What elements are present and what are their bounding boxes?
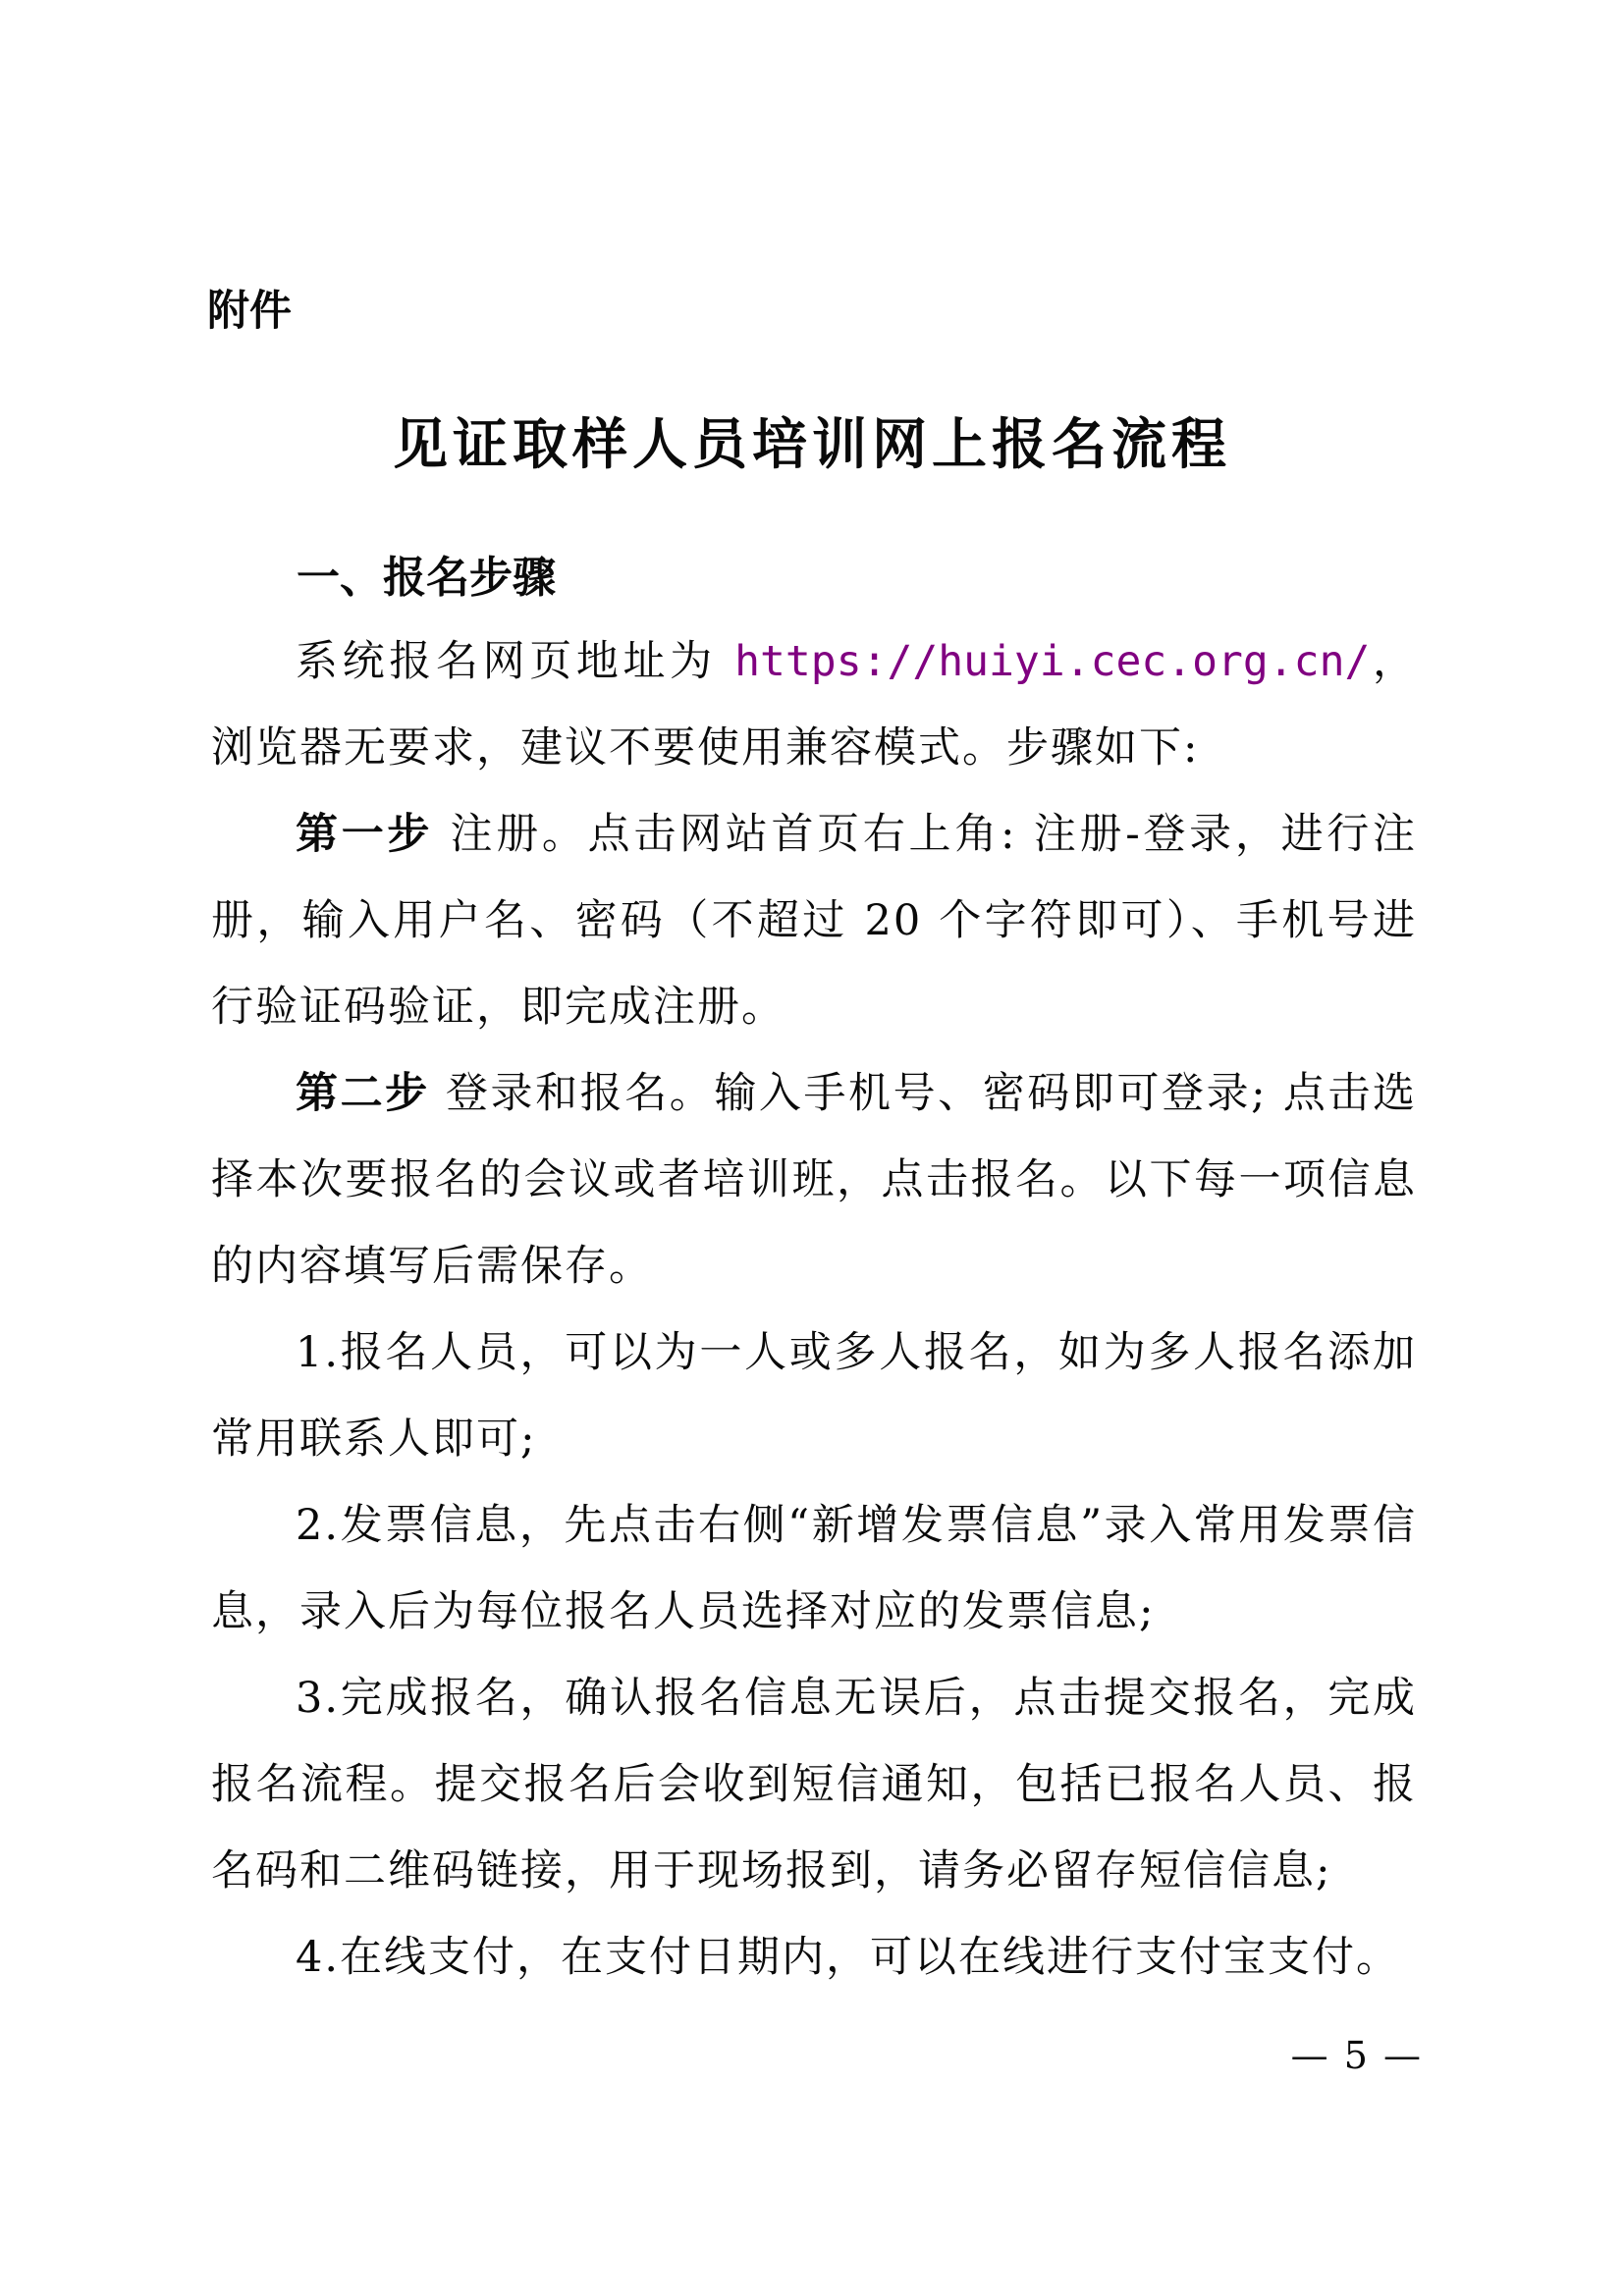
page-number: — 5 — xyxy=(1291,2034,1423,2079)
text-segment: 4.在线支付，在支付日期内，可以在线进行支付宝支付。 xyxy=(296,1933,1400,1982)
text-segment: 2.发票信息，先点击右侧“新增发票信息”录入常用发票信息，录入后为每位报名人员选… xyxy=(211,1501,1417,1636)
document-page: 附件 见证取样人员培训网上报名流程 一、报名步骤 系统报名网页地址为 https… xyxy=(0,0,1624,2296)
registration-url-link[interactable]: https://huiyi.cec.org.cn/ xyxy=(734,637,1370,686)
text-segment: 3.完成报名，确认报名信息无误后，点击提交报名，完成报名流程。提交报名后会收到短… xyxy=(211,1674,1417,1896)
paragraph: 1.报名人员，可以为一人或多人报名，如为多人报名添加常用联系人即可; xyxy=(211,1309,1417,1482)
paragraph: 系统报名网页地址为 https://huiyi.cec.org.cn/，浏览器无… xyxy=(211,618,1417,791)
paragraph: 2.发票信息，先点击右侧“新增发票信息”录入常用发票信息，录入后为每位报名人员选… xyxy=(211,1482,1417,1655)
attachment-label: 附件 xyxy=(207,287,292,338)
paragraph: 第一步 注册。点击网站首页右上角: 注册-登录，进行注册，输入用户名、密码（不超… xyxy=(211,791,1417,1050)
text-segment: 1.报名人员，可以为一人或多人报名，如为多人报名添加常用联系人即可; xyxy=(211,1328,1417,1464)
text-segment: 系统报名网页地址为 xyxy=(296,637,734,686)
document-title: 见证取样人员培训网上报名流程 xyxy=(0,412,1624,478)
step-label: 第一步 xyxy=(296,810,433,859)
paragraph: 3.完成报名，确认报名信息无误后，点击提交报名，完成报名流程。提交报名后会收到短… xyxy=(211,1655,1417,1914)
section-heading: 一、报名步骤 xyxy=(297,553,556,605)
body-paragraphs: 系统报名网页地址为 https://huiyi.cec.org.cn/，浏览器无… xyxy=(211,618,1417,2001)
paragraph: 第二步 登录和报名。输入手机号、密码即可登录; 点击选择本次要报名的会议或者培训… xyxy=(211,1050,1417,1309)
step-label: 第二步 xyxy=(296,1069,430,1118)
paragraph: 4.在线支付，在支付日期内，可以在线进行支付宝支付。 xyxy=(211,1914,1417,2001)
